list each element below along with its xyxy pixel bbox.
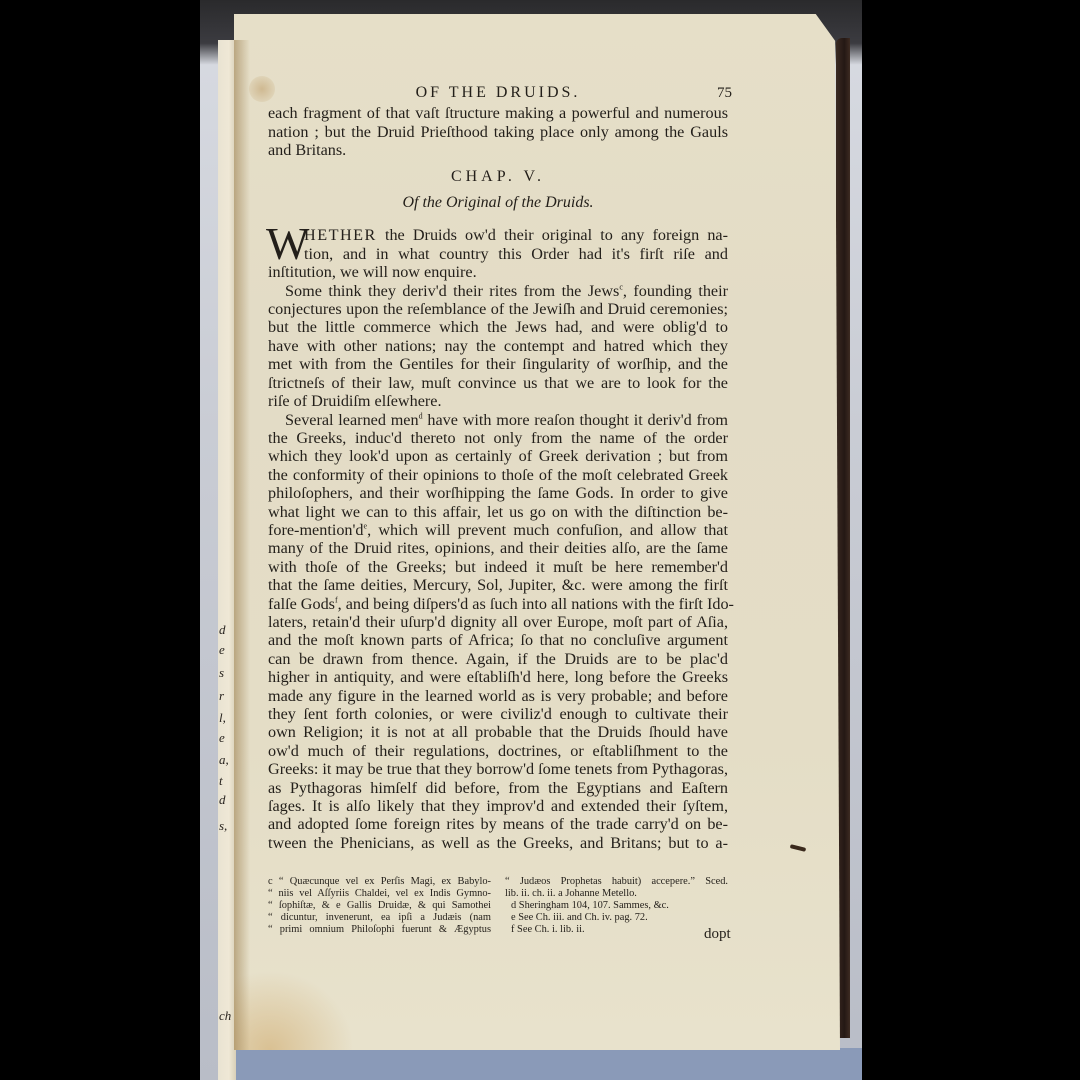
margin-fragment: l,: [219, 710, 226, 726]
text-span: fore-mention'd: [268, 521, 364, 539]
margin-fragment: t: [219, 773, 223, 789]
text-line: and adopted ſome foreign rites by means …: [268, 815, 728, 833]
footnote-line: lib. ii. ch. ii. a Johanne Metello.: [505, 888, 728, 900]
text-line: ſages. It is alſo likely that they impro…: [268, 797, 728, 815]
text-line: which they look'd upon as certainly of G…: [268, 447, 728, 465]
catchword: dopt: [704, 926, 731, 943]
text-line: conjectures upon the reſemblance of the …: [268, 300, 728, 318]
running-head: OF THE DRUIDS.: [268, 84, 728, 102]
margin-fragment: e: [219, 642, 225, 658]
text-line: that the ſame deities, Mercury, Sol, Jup…: [268, 576, 728, 594]
margin-fragment: d: [219, 622, 226, 638]
text-line: they ſent forth colonies, or were civili…: [268, 705, 728, 723]
text-line: Several learned mend have with more reaſ…: [268, 411, 728, 429]
text-line: Greeks: it may be true that they borrow'…: [268, 760, 728, 778]
footnote-line: “ dicuntur, invenerunt, ea ipſi a Judæis…: [268, 912, 491, 924]
text-line: tion, and in what country this Order had…: [268, 245, 728, 263]
footnote-line: e See Ch. iii. and Ch. iv. pag. 72.: [505, 912, 728, 924]
footnote-line: f See Ch. i. lib. ii.: [505, 924, 728, 936]
text-line: nation ; but the Druid Prieſthood taking…: [268, 123, 728, 141]
footnote-line: “ Judæos Prophetas habuit) accepere.” Sc…: [505, 876, 728, 888]
text-span: the Druids ow'd their original to any fo…: [377, 226, 728, 244]
text-line: many of the Druid rites, opinions, and t…: [268, 539, 728, 557]
text-line: and Britans.: [268, 141, 728, 159]
text-line: ſtrictneſs of their law, muſt convince u…: [268, 374, 728, 392]
footnotes: c “ Quæcunque vel ex Perſis Magi, ex Bab…: [268, 876, 728, 936]
footnotes-right-column: “ Judæos Prophetas habuit) accepere.” Sc…: [505, 876, 728, 936]
margin-fragment: ch: [219, 1008, 231, 1024]
text-line: with thoſe of the Greeks; but indeed it …: [268, 558, 728, 576]
text-line: falſe Godsf, and being diſpers'd as ſuch…: [268, 595, 728, 613]
text-line: ow'd much of their regulations, doctrine…: [268, 742, 728, 760]
paragraph: W HETHER the Druids ow'd their original …: [268, 226, 728, 281]
text-line: each fragment of that vaſt ſtructure mak…: [268, 104, 728, 122]
text-line: have with other nations; nay the contemp…: [268, 337, 728, 355]
table-surface: [230, 1048, 862, 1080]
text-line: the Greeks, induc'd thereto not only fro…: [268, 429, 728, 447]
text-line: own Religion; it is not at all probable …: [268, 723, 728, 741]
book-page: OF THE DRUIDS. 75 each fragment of that …: [234, 14, 840, 1050]
text-span: , which will prevent much confuſion, and…: [367, 521, 728, 539]
margin-fragment: d: [219, 792, 226, 808]
footnote-line: “ ſophiſtæ, & e Gallis Druidæ, & qui Sam…: [268, 900, 491, 912]
text-line: Some think they deriv'd their rites from…: [268, 282, 728, 300]
text-line: can be drawn from thence. Again, if the …: [268, 650, 728, 668]
drop-cap: W: [266, 224, 309, 264]
text-line: met with from the Gentiles for their ſin…: [268, 355, 728, 373]
text-line: inſtitution, we will now enquire.: [268, 263, 728, 281]
footnote-line: “ primi omnium Philoſophi fuerunt & Ægyp…: [268, 924, 491, 936]
ink-mark: [790, 844, 806, 852]
margin-fragment: s: [219, 665, 224, 681]
text-span: Some think they deriv'd their rites from…: [285, 282, 619, 300]
water-stain: [234, 970, 354, 1050]
text-line: the conformity of their opinions to thoſ…: [268, 466, 728, 484]
chapter-title: CHAP. V.: [268, 168, 728, 186]
text-span: falſe Gods: [268, 595, 335, 613]
footnote-line: c “ Quæcunque vel ex Perſis Magi, ex Bab…: [268, 876, 491, 888]
footnotes-left-column: c “ Quæcunque vel ex Perſis Magi, ex Bab…: [268, 876, 491, 936]
page-text: OF THE DRUIDS. 75 each fragment of that …: [268, 86, 728, 852]
text-line: as Pythagoras himſelf did before, from t…: [268, 779, 728, 797]
text-line: what light we can to this affair, let us…: [268, 503, 728, 521]
text-span: have with more reaſon thought it deriv'd…: [423, 411, 728, 429]
text-line: tween the Phenicians, as well as the Gre…: [268, 834, 728, 852]
gutter-shadow: [234, 40, 250, 1050]
margin-fragment: r: [219, 688, 224, 704]
text-line: HETHER the Druids ow'd their original to…: [268, 226, 728, 244]
text-span: Several learned men: [285, 411, 419, 429]
opening-text: each fragment of that vaſt ſtructure mak…: [268, 104, 728, 159]
text-line: higher in antiquity, and were eſtabliſh'…: [268, 668, 728, 686]
text-line: philoſophers, and their worſhipping the …: [268, 484, 728, 502]
footnote-line: d Sheringham 104, 107. Sammes, &c.: [505, 900, 728, 912]
text-line: but the little commerce which the Jews h…: [268, 318, 728, 336]
paragraph: Several learned mend have with more reaſ…: [268, 411, 728, 853]
chapter-subtitle: Of the Original of the Druids.: [268, 194, 728, 212]
text-line: riſe of Druidiſm elſewhere.: [268, 392, 728, 410]
text-line: fore-mention'de, which will prevent much…: [268, 521, 728, 539]
text-line: made any figure in the learned world as …: [268, 687, 728, 705]
text-line: laters, retain'd their uſurp'd dignity a…: [268, 613, 728, 631]
text-span: , founding their: [623, 282, 728, 300]
margin-fragment: e: [219, 730, 225, 746]
margin-fragment: a,: [219, 752, 229, 768]
text-span: , and being diſpers'd as ſuch into all n…: [338, 595, 734, 613]
text-line: and the moſt known parts of Africa; ſo t…: [268, 631, 728, 649]
margin-fragment: s,: [219, 818, 227, 834]
cap-rest: HETHER: [304, 226, 377, 244]
page-number: 75: [717, 84, 732, 102]
paragraph: Some think they deriv'd their rites from…: [268, 282, 728, 411]
footnote-line: “ niis vel Aſſyriis Chaldei, vel ex Indi…: [268, 888, 491, 900]
